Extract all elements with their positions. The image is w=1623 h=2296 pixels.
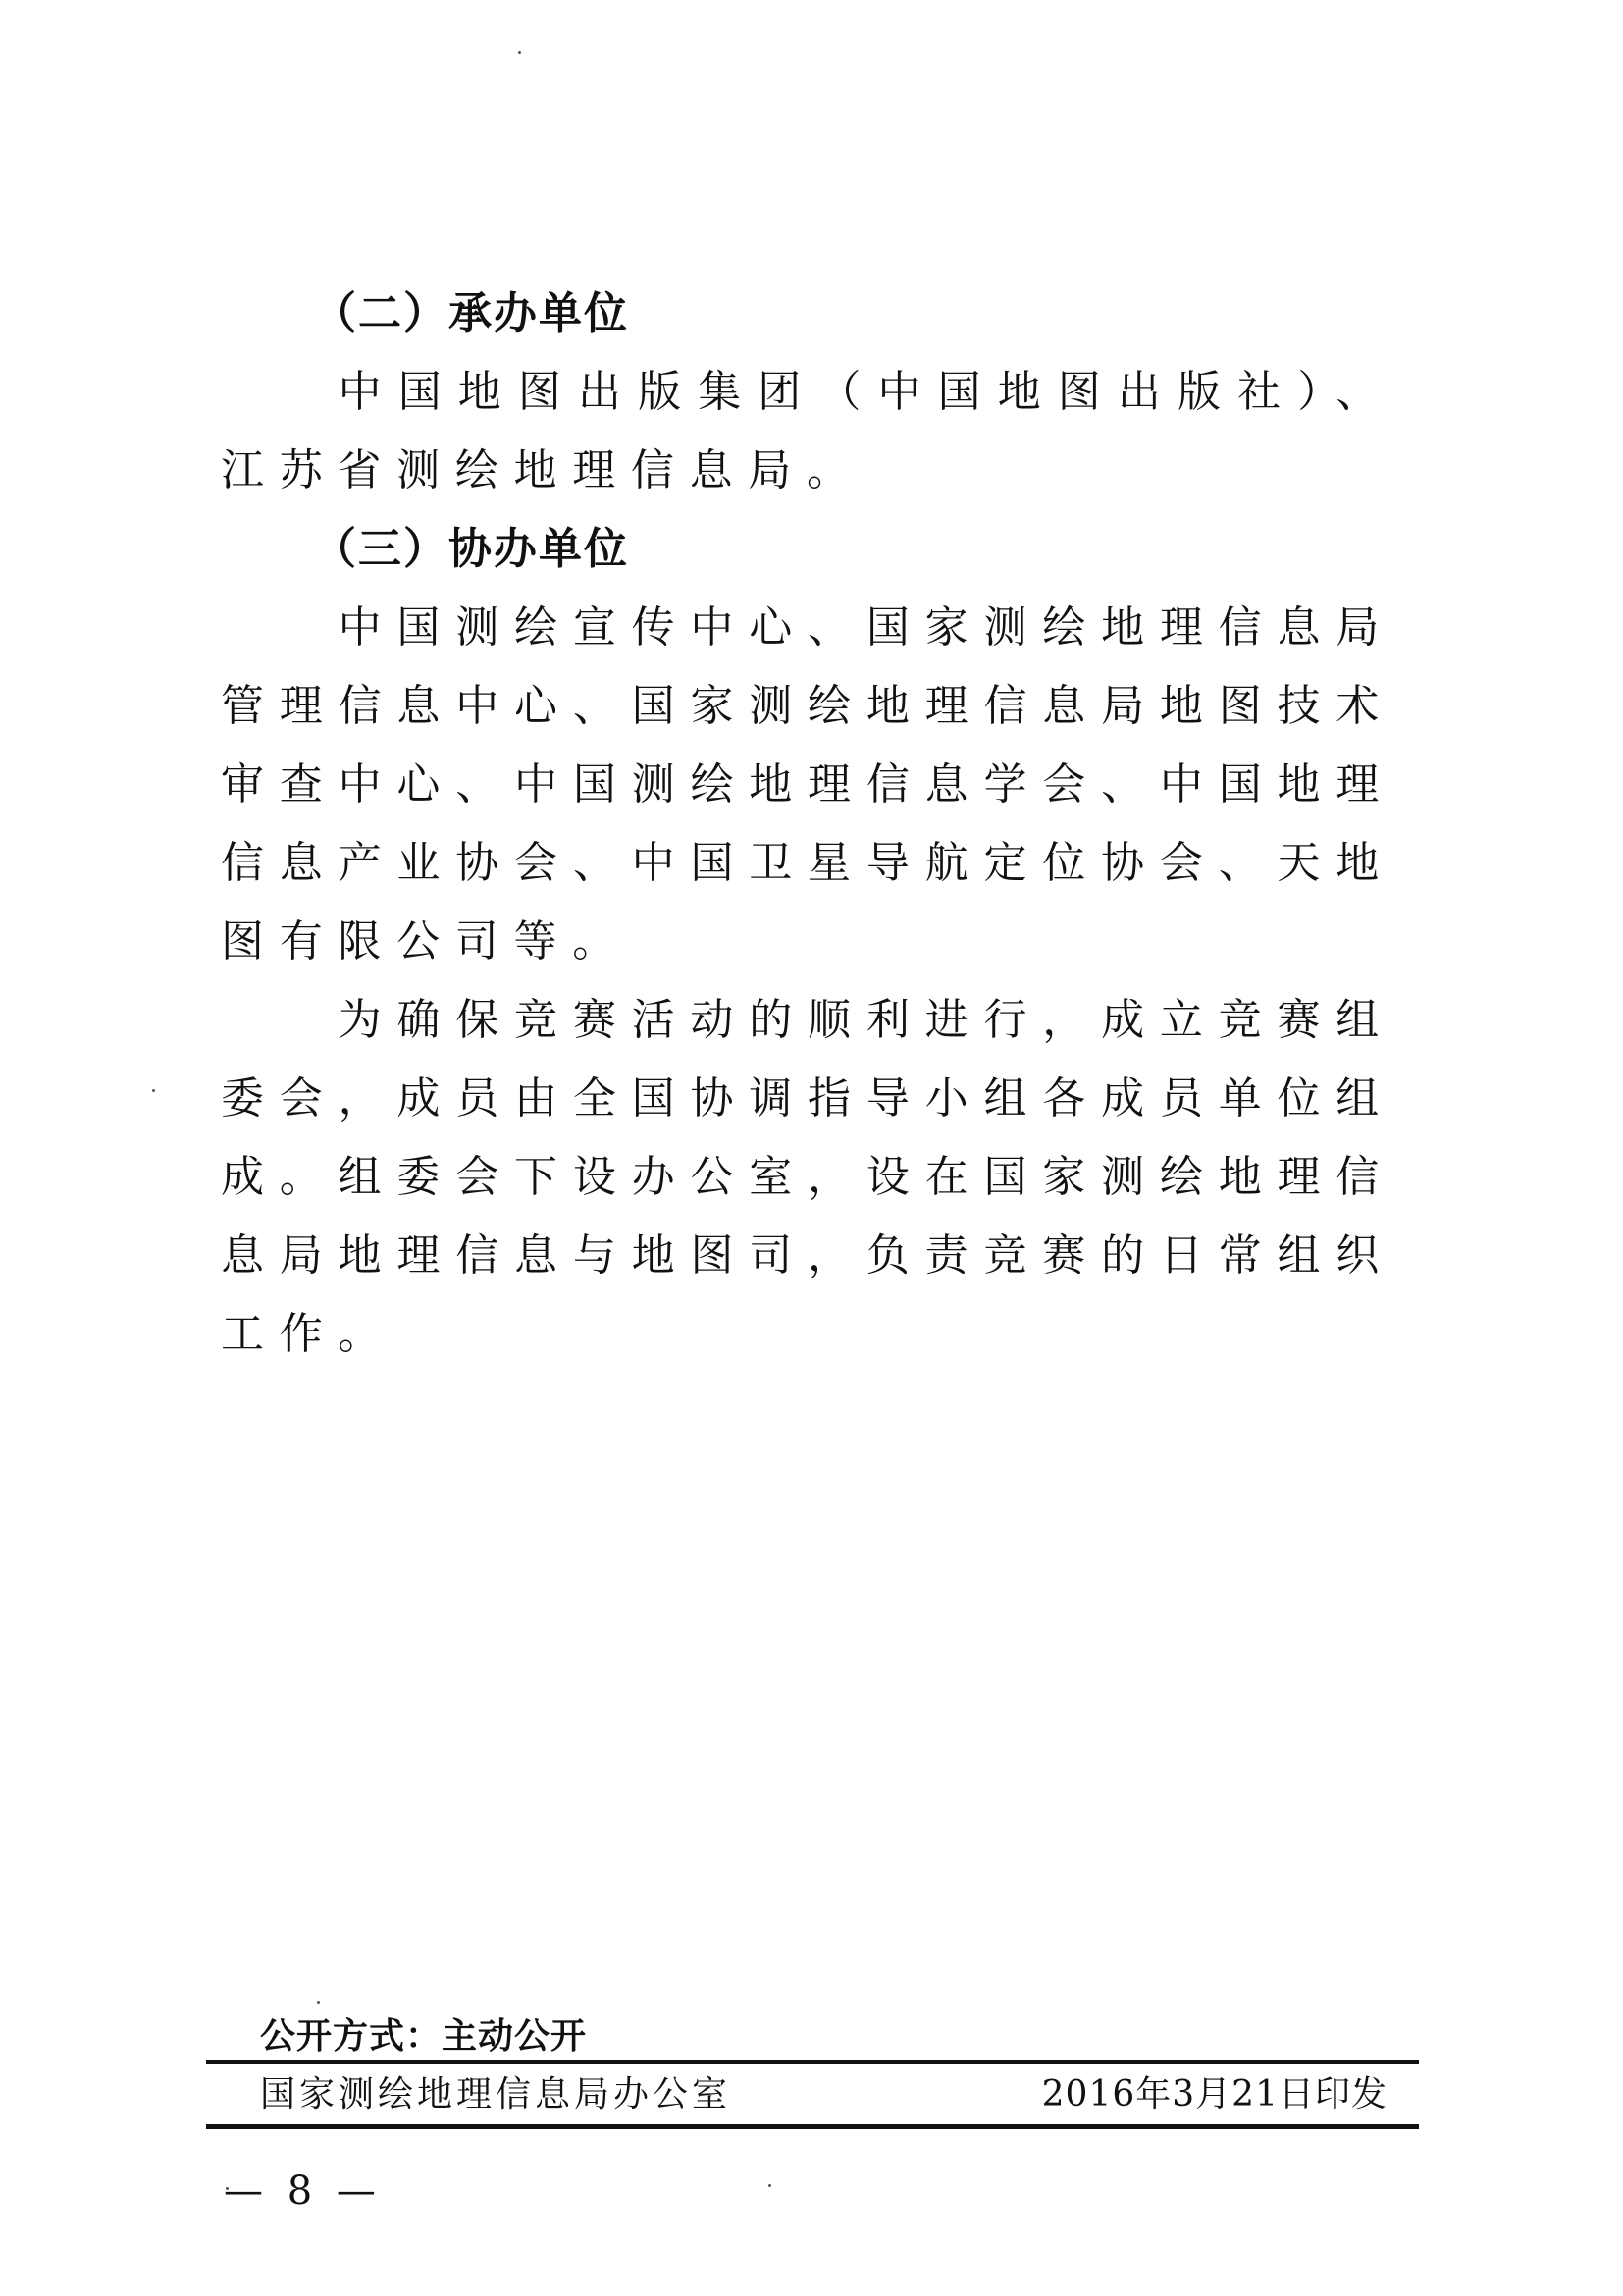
section-co-organizers: （三）协办单位 中国测绘宣传中心、国家测绘地理信息局管理信息中心、国家测绘地理信… <box>221 510 1394 1374</box>
divider-line <box>206 2124 1419 2129</box>
section-host-units: （二）承办单位 中国地图出版集团（中国地图出版社）、江苏省测绘地理信息局。 <box>221 275 1394 510</box>
divider-line <box>206 2060 1419 2064</box>
section-heading: （三）协办单位 <box>221 510 1394 589</box>
section-heading: （二）承办单位 <box>221 275 1394 353</box>
document-page: （二）承办单位 中国地图出版集团（中国地图出版社）、江苏省测绘地理信息局。 （三… <box>0 0 1623 2296</box>
disclosure-label: 公开方式：主动公开 <box>260 2013 587 2061</box>
paragraph: 为确保竞赛活动的顺利进行，成立竞赛组委会，成员由全国协调指导小组各成员单位组成。… <box>221 981 1394 1374</box>
scan-speck <box>152 1089 155 1092</box>
scan-speck <box>768 2184 771 2187</box>
scan-speck <box>226 2187 229 2190</box>
page-number: — 8 — <box>224 2166 382 2216</box>
issuer-name: 国家测绘地理信息局办公室 <box>260 2070 731 2119</box>
issue-date: 2016年3月21日印发 <box>1042 2070 1387 2119</box>
scan-speck <box>317 2001 320 2004</box>
scan-speck <box>518 51 521 54</box>
paragraph: 中国地图出版集团（中国地图出版社）、江苏省测绘地理信息局。 <box>221 353 1394 510</box>
paragraph: 中国测绘宣传中心、国家测绘地理信息局管理信息中心、国家测绘地理信息局地图技术审查… <box>221 589 1394 981</box>
document-body: （二）承办单位 中国地图出版集团（中国地图出版社）、江苏省测绘地理信息局。 （三… <box>221 275 1394 1374</box>
